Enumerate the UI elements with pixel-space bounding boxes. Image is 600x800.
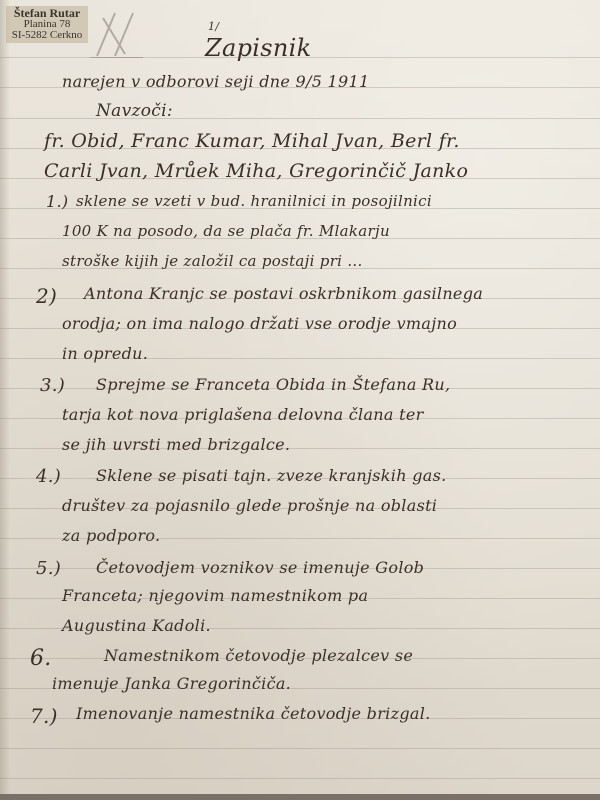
page-edge-shadow bbox=[0, 0, 10, 800]
item-number: 6. bbox=[30, 646, 52, 671]
item-line: Augustina Kadoli. bbox=[62, 616, 211, 635]
item-line: tarja kot nova priglašena delovna člana … bbox=[62, 405, 424, 424]
attendees-line-1: fr. Obid, Franc Kumar, Mihal Jvan, Berl … bbox=[44, 130, 460, 152]
item-number: 7.) bbox=[30, 704, 58, 728]
item-number: 5.) bbox=[36, 558, 61, 579]
ruled-line bbox=[0, 118, 600, 119]
item-number: 1.) bbox=[46, 192, 68, 211]
item-line: društev za pojasnilo glede prošnje na ob… bbox=[62, 496, 437, 515]
item-line: 100 K na posodo, da se plača fr. Mlakarj… bbox=[62, 222, 390, 240]
item-line: Franceta; njegovim namestnikom pa bbox=[62, 586, 368, 605]
item-line: Imenovanje namestnika četovodje brizgal. bbox=[76, 704, 431, 723]
page-bottom-edge bbox=[0, 794, 600, 800]
item-line: Antona Kranjc se postavi oskrbnikom gasi… bbox=[84, 284, 483, 303]
item-number: 4.) bbox=[36, 466, 61, 487]
item-number: 3.) bbox=[40, 375, 65, 396]
page-number: 1/ bbox=[208, 20, 219, 33]
ruled-line bbox=[0, 778, 600, 779]
document-title: Zapisnik bbox=[205, 34, 311, 62]
item-line: imenuje Janka Gregorinčiča. bbox=[52, 674, 291, 693]
item-line: Namestnikom četovodje plezalcev se bbox=[104, 646, 413, 665]
owner-stamp: Štefan Rutar Planina 78 SI-5282 Cerkno bbox=[6, 6, 88, 43]
ruled-line bbox=[0, 748, 600, 749]
stamp-postcode: SI-5282 Cerkno bbox=[6, 30, 88, 41]
item-line: orodja; on ima nalogo držati vse orodje … bbox=[62, 314, 457, 333]
document-page: Štefan Rutar Planina 78 SI-5282 Cerkno 1… bbox=[0, 0, 600, 800]
item-line: za podporo. bbox=[62, 526, 160, 545]
item-line: Sprejme se Franceta Obida in Štefana Ru, bbox=[96, 375, 450, 394]
item-line: Četovodjem voznikov se imenuje Golob bbox=[96, 558, 424, 577]
attendees-line-2: Carli Jvan, Mrůek Miha, Gregorinčič Jank… bbox=[44, 160, 468, 182]
item-number: 2) bbox=[36, 284, 57, 308]
item-line: Sklene se pisati tajn. zveze kranjskih g… bbox=[96, 466, 446, 485]
item-line: in opredu. bbox=[62, 344, 148, 363]
item-line: sklene se vzeti v bud. hranilnici in pos… bbox=[76, 192, 432, 210]
present-label: Navzoči: bbox=[96, 101, 173, 121]
archive-mark-icon bbox=[85, 8, 145, 58]
item-line: se jih uvrsti med brizgalce. bbox=[62, 435, 290, 454]
document-subtitle: narejen v odborovi seji dne 9/5 1911 bbox=[62, 72, 369, 91]
item-line: stroške kijih je založil ca postaji pri … bbox=[62, 252, 363, 270]
